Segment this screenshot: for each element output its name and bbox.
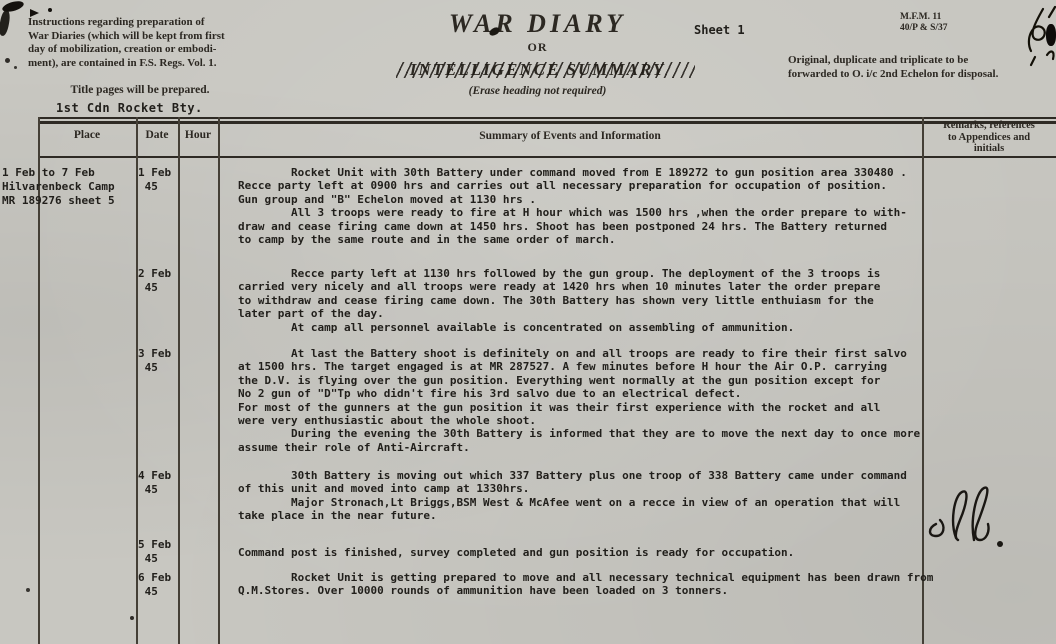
col-header-remarks: Remarks, references to Appendices and in… (924, 120, 1054, 155)
entry-text: Command post is finished, survey complet… (238, 546, 938, 559)
instructions-note: Instructions regarding preparation of Wa… (28, 16, 264, 70)
form-title-or: OR (380, 40, 695, 54)
scan-edge-mark (1046, 24, 1056, 46)
entry-text: 30th Battery is moving out which 337 Bat… (238, 469, 938, 523)
form-title-block: WAR DIARY OR INTELLIGENCE SUMMARY (Erase… (380, 10, 695, 98)
table-top-rule-thin (38, 117, 1056, 119)
war-diary-page: Instructions regarding preparation of Wa… (0, 0, 1056, 644)
arrow-mark-icon (30, 9, 39, 17)
sheet-label: Sheet 1 (694, 23, 745, 37)
table-top-rule-thick (38, 121, 1056, 124)
col-header-summary: Summary of Events and Information (218, 130, 922, 142)
ink-speck (48, 8, 52, 12)
form-title: WAR DIARY (380, 10, 695, 38)
ink-speck (130, 616, 134, 620)
ink-speck (5, 58, 10, 63)
entry-date: 2 Feb 45 (138, 267, 210, 295)
entry-text: Recce party left at 1130 hrs followed by… (238, 267, 938, 334)
entry-text: Rocket Unit with 30th Battery under comm… (238, 166, 938, 246)
entry-date: 3 Feb 45 (138, 347, 210, 375)
entry-date: 6 Feb 45 (138, 571, 210, 599)
table-header-bottom-rule (38, 156, 1056, 158)
signature-initials-icon (922, 462, 1014, 557)
col-header-place: Place (38, 129, 136, 141)
ink-blot (0, 9, 11, 36)
ink-speck (26, 588, 30, 592)
unit-name: 1st Cdn Rocket Bty. (56, 101, 203, 115)
form-number: M.F.M. 11 40/P & S/37 (900, 12, 1010, 33)
title-pages-note: Title pages will be prepared. (20, 84, 260, 96)
form-title-struck: INTELLIGENCE SUMMARY (410, 60, 666, 80)
entry-date: 5 Feb 45 (138, 538, 210, 566)
entry-text: At last the Battery shoot is definitely … (238, 347, 938, 454)
col-divider-hour-summary (218, 117, 220, 644)
col-header-hour: Hour (178, 129, 218, 141)
col-header-date: Date (136, 129, 178, 141)
place-entry: 1 Feb to 7 Feb Hilvarenbeck Camp MR 1892… (2, 166, 142, 207)
entry-text: Rocket Unit is getting prepared to move … (238, 571, 938, 598)
erase-heading-note: (Erase heading not required) (380, 85, 695, 98)
ink-speck (14, 66, 17, 69)
entry-date: 4 Feb 45 (138, 469, 210, 497)
entry-date: 1 Feb 45 (138, 166, 210, 194)
